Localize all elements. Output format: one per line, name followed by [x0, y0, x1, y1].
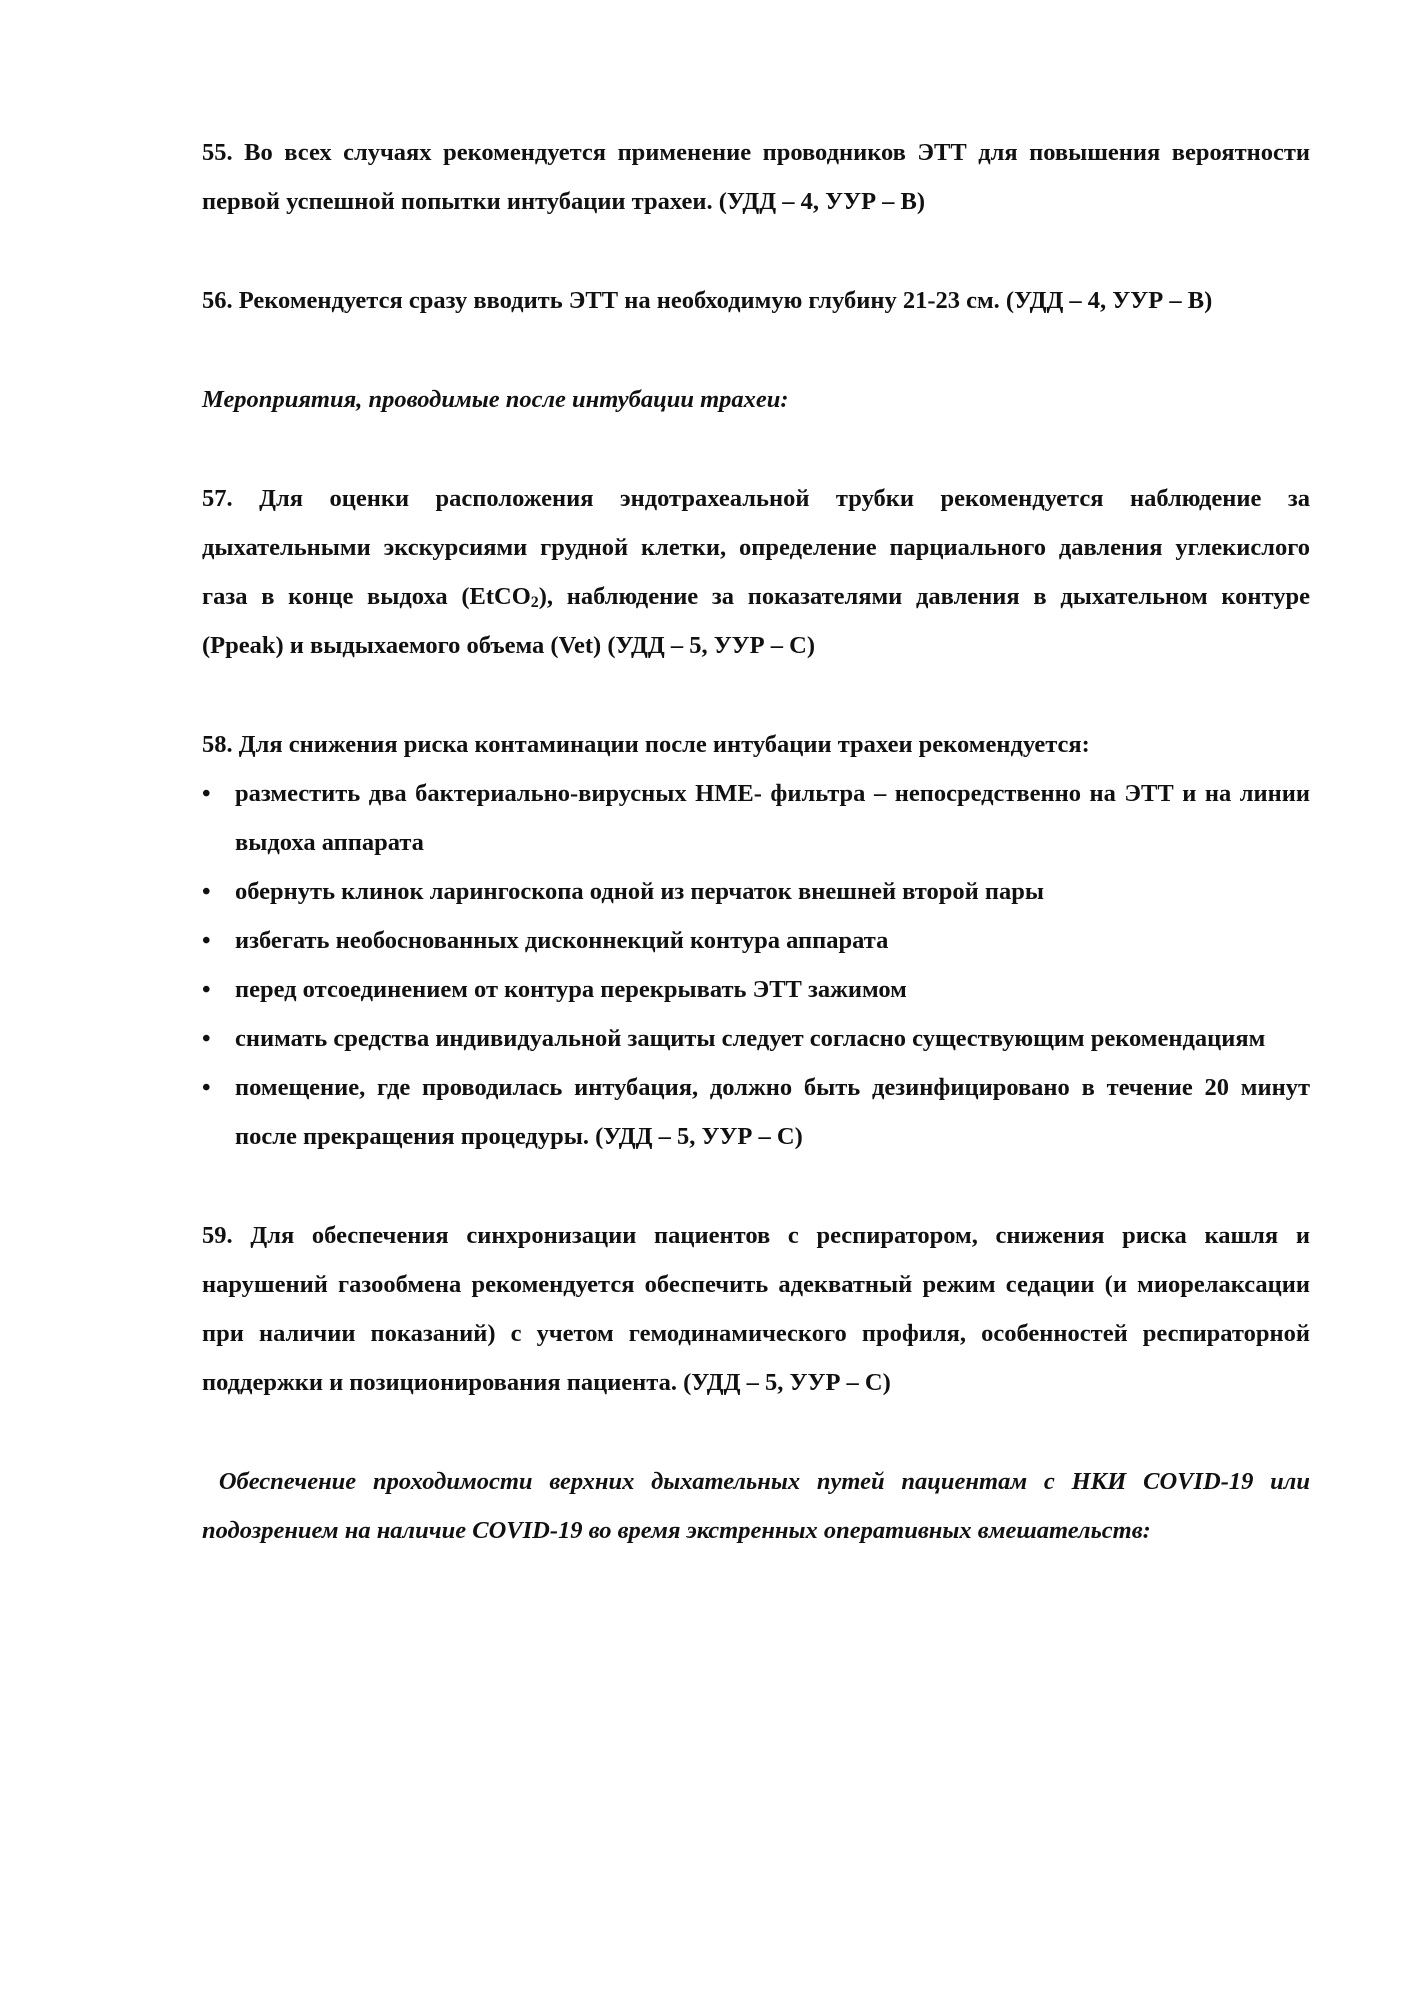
section-heading-post-intubation: Мероприятия, проводимые после интубации … — [202, 375, 1310, 424]
list-item-text: избегать необоснованных дисконнекций кон… — [235, 927, 888, 954]
recommendation-58-intro: 58. Для снижения риска контаминации посл… — [202, 720, 1310, 769]
list-item: •помещение, где проводилась интубация, д… — [202, 1063, 1310, 1161]
document-page: 55. Во всех случаях рекомендуется примен… — [202, 128, 1310, 1555]
recommendation-55: 55. Во всех случаях рекомендуется примен… — [202, 128, 1310, 226]
co2-subscript: 2 — [531, 594, 539, 611]
recommendation-59: 59. Для обеспечения синхронизации пациен… — [202, 1211, 1310, 1407]
list-item-text: снимать средства индивидуальной защиты с… — [235, 1025, 1265, 1052]
recommendation-58-list: •разместить два бактериально-вирусных HM… — [202, 769, 1310, 1161]
list-item: •перед отсоединением от контура перекрыв… — [202, 965, 1310, 1014]
list-item: •разместить два бактериально-вирусных HM… — [202, 769, 1310, 867]
section-heading-emergency-surgery: Обеспечение проходимости верхних дыхател… — [202, 1457, 1310, 1555]
list-item: •снимать средства индивидуальной защиты … — [202, 1014, 1310, 1063]
bullet-icon: • — [202, 1063, 222, 1112]
list-item-text: обернуть клинок ларингоскопа одной из пе… — [235, 878, 1044, 905]
recommendation-57: 57. Для оценки расположения эндотрахеаль… — [202, 474, 1310, 670]
bullet-icon: • — [202, 867, 222, 916]
bullet-icon: • — [202, 769, 222, 818]
list-item-text: разместить два бактериально-вирусных HME… — [235, 780, 1310, 856]
bullet-icon: • — [202, 965, 222, 1014]
list-item-text: перед отсоединением от контура перекрыва… — [235, 976, 907, 1003]
bullet-icon: • — [202, 1014, 222, 1063]
list-item-text: помещение, где проводилась интубация, до… — [235, 1074, 1310, 1150]
list-item: •избегать необоснованных дисконнекций ко… — [202, 916, 1310, 965]
recommendation-56: 56. Рекомендуется сразу вводить ЭТТ на н… — [202, 276, 1310, 325]
bullet-icon: • — [202, 916, 222, 965]
list-item: •обернуть клинок ларингоскопа одной из п… — [202, 867, 1310, 916]
